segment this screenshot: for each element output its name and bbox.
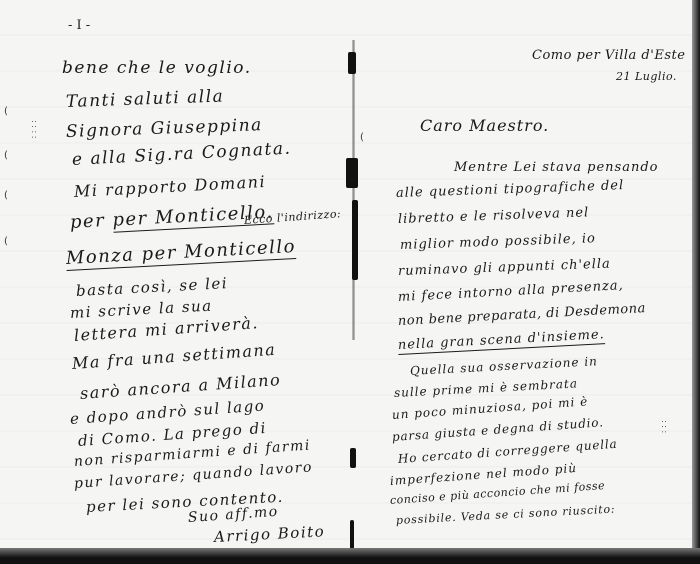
margin-bracket: (: [4, 190, 8, 201]
place-heading: Como per Villa d'Este: [532, 48, 685, 63]
letter-line: e alla Sig.ra Cognata.: [71, 139, 291, 170]
letter-line: Signora Giuseppina: [66, 115, 263, 142]
letter-line: bene che le voglio.: [62, 58, 252, 78]
letter-line: miglior modo possibile, io: [400, 231, 596, 253]
signature: Arrigo Boito: [214, 522, 326, 546]
letter-line-underlined: nella gran scena d'insieme.: [398, 327, 606, 355]
margin-bracket: (: [360, 132, 364, 143]
margin-annotation: : : : :: [30, 120, 39, 138]
page-marker: - I -: [68, 18, 90, 33]
letter-line: Mentre Lei stava pensando: [454, 160, 658, 175]
letter-line: alle questioni tipografiche del: [396, 178, 625, 201]
right-page: Como per Villa d'Este 21 Luglio. Caro Ma…: [356, 0, 692, 548]
letter-line: Mi rapporto Domani: [74, 172, 267, 201]
letter-line: libretto e le risolveva nel: [398, 205, 590, 227]
letter-line: non bene preparata, di Desdemona: [398, 301, 647, 329]
salutation: Caro Maestro.: [420, 116, 549, 135]
letter-line: possibile. Veda se ci sono riuscito:: [396, 503, 616, 527]
spine-ink-mark: [350, 520, 354, 550]
scan-edge-bottom: [0, 548, 700, 564]
book-spine: [352, 40, 355, 340]
scan-edge-right: [692, 0, 700, 564]
letter-date: 21 Luglio.: [616, 70, 677, 83]
spine-ink-mark: [348, 52, 356, 74]
scanned-letter: - I - bene che le voglio. Tanti saluti a…: [0, 0, 700, 564]
letter-line: Tanti saluti alla: [66, 86, 225, 112]
margin-annotation: : : :: [660, 420, 669, 433]
letter-line: Quella sua osservazione in: [410, 354, 599, 378]
letter-line: ruminavo gli appunti ch'ella: [398, 257, 611, 279]
letter-line: Ma fra una settimana: [71, 340, 276, 373]
margin-bracket: (: [4, 150, 8, 161]
margin-bracket: (: [4, 236, 8, 247]
letter-line: mi fece intorno alla presenza,: [398, 278, 624, 305]
letter-line-underlined: Monza per Monticello: [65, 236, 296, 271]
left-page: - I - bene che le voglio. Tanti saluti a…: [0, 0, 352, 548]
margin-bracket: (: [4, 106, 8, 117]
letter-text: per: [69, 210, 113, 233]
